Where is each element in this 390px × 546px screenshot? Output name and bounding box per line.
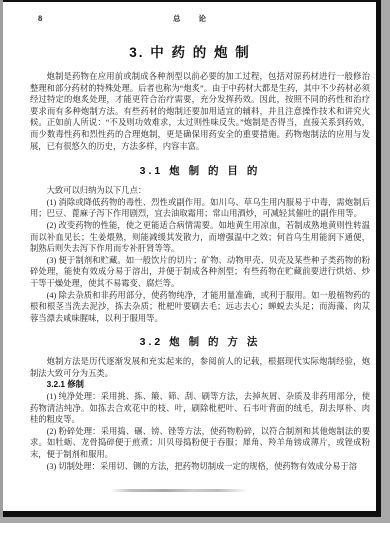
section-1-heading: 3.1 炮 制 的 目 的	[30, 163, 370, 178]
scan-background-right	[381, 0, 390, 523]
section-2-lead: 炮制方法是历代逐渐发展和充实起来的，参阅前人的记载，根据现代实际炮制经验，炮制法…	[30, 356, 370, 379]
section-1-lead: 大致可以归纳为以下几点：	[30, 185, 370, 197]
intro-paragraph: 炮制是药物在应用前或制成各种剂型以前必要的加工过程，包括对原药材进行一般修治整理…	[30, 71, 370, 152]
running-head: 总 论	[0, 13, 380, 24]
purpose-item-3: (3) 便于制剂和贮藏。如一般饮片的切片；矿物、动物甲壳、贝壳及某些种子类药物的…	[30, 255, 370, 290]
scan-artifact	[110, 489, 248, 492]
method-item-2: (2) 粉碎处理：采用捣、碾、镑、锉等方法，使药物粉碎，以符合制剂和其他炮制法的…	[30, 426, 370, 461]
chapter-title: 3. 中 药 的 炮 制	[0, 41, 380, 61]
purpose-item-1: (1) 消除或降低药物的毒性、烈性或副作用。如川乌、草乌生用内服易于中毒，需炮制…	[30, 197, 370, 220]
subsection-heading: 3.2.1 修制	[30, 379, 370, 391]
method-item-1: (1) 纯净处理：采用挑、拣、簸、筛、刮、刷等方法，去掉灰屑、杂质及非药用部分，…	[30, 391, 370, 426]
scan-background-bottom	[0, 517, 390, 523]
scan-edge-left	[0, 0, 3, 523]
section-2-heading: 3.2 炮 制 的 方 法	[30, 334, 370, 349]
scan-edge-top	[0, 0, 381, 2]
method-item-3: (3) 切制处理：采用切、铡的方法，把药物切制成一定的规格，使药物有效成分易于溶	[30, 461, 370, 473]
purpose-item-2: (2) 改变药物的性能，使之更能适合病情需要。如地黄生用凉血，若制成熟地黄则性转…	[30, 220, 370, 255]
page-body: 炮制是药物在应用前或制成各种剂型以前必要的加工过程，包括对原药材进行一般修治整理…	[30, 71, 370, 472]
purpose-item-4: (4) 除去杂质和非药用部分，使药物纯净，才能用量准确，或利于服用。如一般植物药…	[30, 290, 370, 325]
scanned-book-page: 8 总 论 3. 中 药 的 炮 制 炮制是药物在应用前或制成各种剂型以前必要的…	[0, 0, 390, 546]
page-header: 8 总 论	[0, 13, 380, 25]
